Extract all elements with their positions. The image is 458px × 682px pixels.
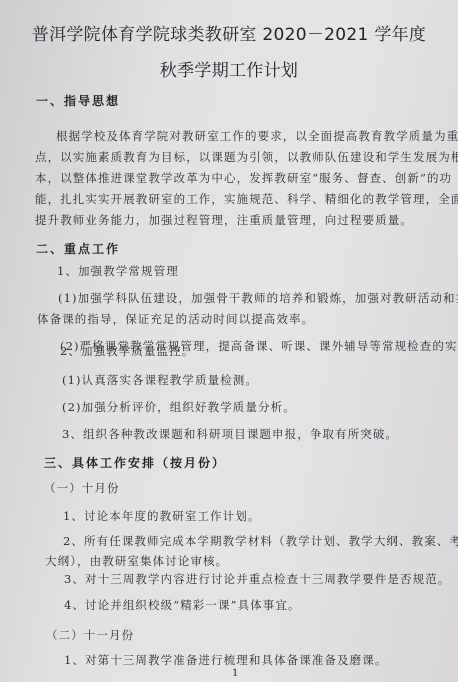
month-label-october: （一）十月份 (44, 480, 120, 496)
paragraph-line: 本，以整体推进课堂教学改革为中心，发挥教研室“服务、督查、创新”的功 (35, 170, 452, 186)
month-item: 3、对十三周教学内容进行讨论并重点检查十三周教学要件是否规范。 (64, 571, 450, 587)
item-label: 2、加强教学质量监控。 (60, 343, 194, 359)
paragraph-line: 根据学校及体育学院对教研室工作的要求，以全面提高教育教学质量为重 (56, 128, 458, 144)
month-item: 1、对第十三周教学准备进行梳理和具体备课准备及磨课。 (64, 652, 387, 668)
paragraph-line: 提升教师业务能力，加强过程管理，注重质量管理，向过程要质量。 (35, 212, 413, 228)
month-item: 2、所有任课教师完成本学期教学材料（教学计划、教学大纲、教案、考试 (63, 533, 458, 549)
paragraph-line: 能，扎扎实实开展教研室的工作，实施规范、科学、精细化的教学管理，全面 (35, 191, 458, 207)
subitem-line: (2)加强分析评价，组织好教学质量分析。 (62, 399, 296, 415)
month-item: 1、讨论本年度的教研室工作计划。 (63, 508, 260, 524)
month-label-november: （二）十一月份 (46, 627, 134, 643)
document-title-line1: 普洱学院体育学院球类教研室 2020－2021 学年度 (0, 20, 458, 45)
paragraph-line: 点，以实施素质教育为目标，以课题为引领，以教师队伍建设和学生发展为根 (35, 149, 458, 165)
month-item: 大纲），由教研室集体讨论审核。 (45, 553, 228, 569)
subitem-line: 体备课的指导，保证充足的活动时间以提高效率。 (37, 311, 314, 327)
section-heading-schedule: 三、具体工作安排（按月份） (44, 454, 226, 471)
item-label: 3、组织各种教改课题和科研项目课题申报，争取有所突破。 (62, 426, 398, 442)
subitem-line: (1)认真落实各课程教学质量检测。 (62, 372, 258, 388)
document-title-line2: 秋季学期工作计划 (0, 56, 458, 81)
subitem-line: (1)加强学科队伍建设，加强骨干教师的培养和锻炼，加强对教研活动和集 (58, 290, 458, 306)
section-heading-guiding-ideology: 一、指导思想 (36, 92, 120, 109)
month-item: 4、讨论并组织校级“精彩一课”具体事宜。 (64, 597, 301, 613)
page-number: 1 (232, 668, 238, 679)
item-label: 1、加强教学常规管理 (57, 263, 179, 279)
section-heading-key-work: 二、重点工作 (36, 240, 120, 257)
document-page: 普洱学院体育学院球类教研室 2020－2021 学年度 秋季学期工作计划 一、指… (0, 0, 458, 682)
